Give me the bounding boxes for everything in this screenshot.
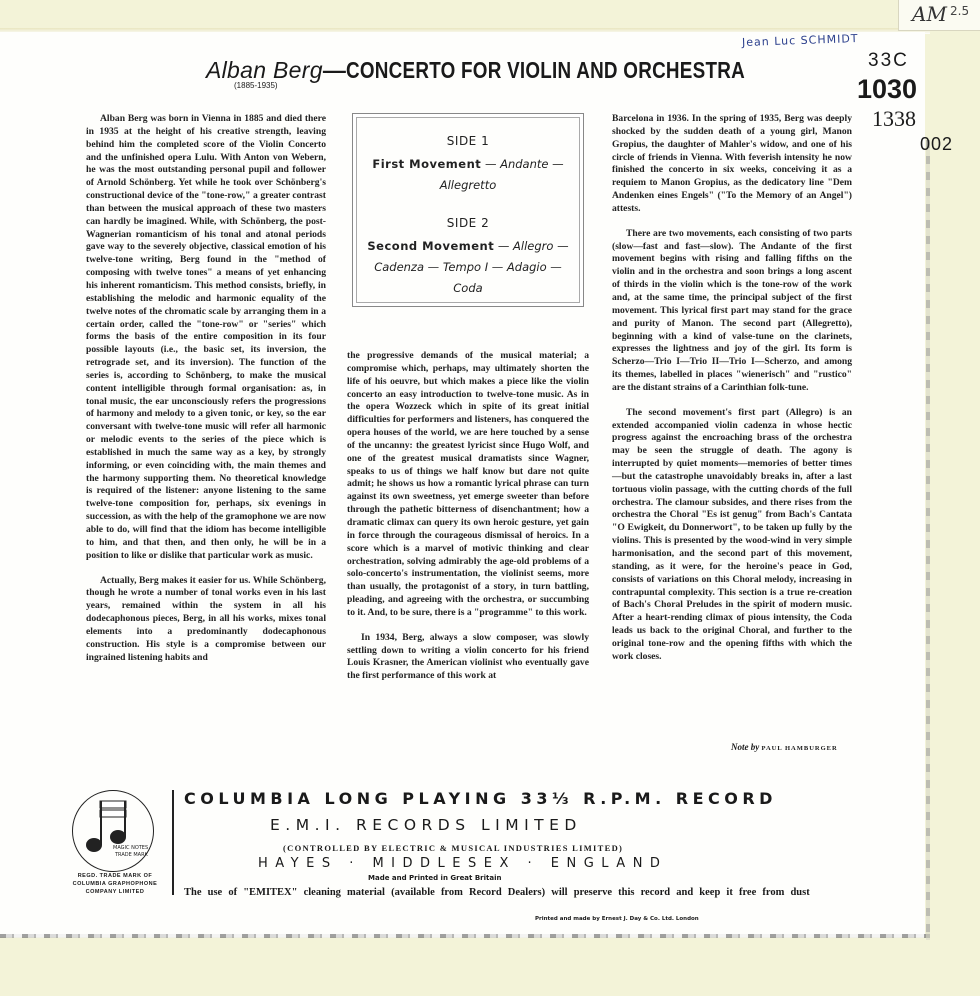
sleeve-bottom-edge: [0, 934, 930, 938]
printer-credit: Printed and made by Ernest J. Day & Co. …: [535, 916, 699, 922]
side-2-tempo-2: Cadenza — Tempo I — Adagio —: [374, 260, 562, 274]
svg-text:TRADE MARK: TRADE MARK: [114, 852, 149, 858]
side-2-contents: Second Movement — Allegro — Cadenza — Te…: [353, 236, 583, 299]
label-parent-company: (CONTROLLED BY ELECTRIC & MUSICAL INDUST…: [283, 843, 623, 853]
album-title: Alban Berg—CONCERTO FOR VIOLIN AND ORCHE…: [206, 57, 833, 84]
side-1-label: SIDE 1: [353, 134, 583, 148]
notes-paragraph: Alban Berg was born in Vienna in 1885 an…: [86, 113, 326, 563]
side-2-movement: Second Movement: [367, 239, 494, 253]
notes-paragraph: The second movement's first part (Allegr…: [612, 407, 852, 664]
corner-price: 2.5: [950, 4, 969, 18]
side-1-movement: First Movement: [372, 157, 481, 171]
composer-name: Alban Berg: [206, 57, 323, 83]
side-2-tempo-3: Coda: [453, 281, 482, 295]
side-2-tempo: Allegro: [513, 239, 553, 253]
side-1-tempo-2: Allegretto: [440, 178, 497, 192]
label-address: HAYES · MIDDLESEX · ENGLAND: [258, 856, 667, 871]
emitex-notice: The use of "EMITEX" cleaning material (a…: [184, 887, 810, 898]
inventory-number: 002: [920, 134, 953, 155]
columbia-magic-notes-logo: MAGIC NOTES TRADE MARK: [72, 790, 154, 872]
composer-dates: (1885-1935): [234, 81, 278, 90]
made-in-line: Made and Printed in Great Britain: [368, 874, 501, 882]
title-dash: —: [323, 57, 346, 83]
work-title: CONCERTO FOR VIOLIN AND ORCHESTRA: [346, 57, 745, 84]
catalogue-prefix: 33C: [868, 50, 909, 72]
sleeve-right-edge: [926, 140, 930, 940]
corner-handwriting: AM: [912, 2, 947, 26]
catalogue-number: 1030: [857, 74, 917, 105]
svg-text:MAGIC NOTES: MAGIC NOTES: [113, 845, 148, 851]
side-2-label: SIDE 2: [353, 216, 583, 230]
label-company: E.M.I. RECORDS LIMITED: [270, 816, 582, 834]
notes-paragraph: Barcelona in 1936. In the spring of 1935…: [612, 113, 852, 216]
notes-column-3: Barcelona in 1936. In the spring of 1935…: [612, 113, 852, 676]
logo-caption: REGD. TRADE MARK OF COLUMBIA GRAPHOPHONE…: [70, 872, 160, 896]
notes-paragraph: In 1934, Berg, always a slow composer, w…: [347, 632, 589, 683]
matrix-number: 1338: [872, 106, 916, 132]
side-1-contents: First Movement — Andante — Allegretto: [353, 154, 583, 196]
notes-paragraph: the progressive demands of the musical m…: [347, 350, 589, 620]
record-format-line: COLUMBIA LONG PLAYING 33⅓ R.P.M. RECORD: [184, 789, 777, 808]
notes-paragraph: There are two movements, each consisting…: [612, 228, 852, 395]
track-listing-box: SIDE 1 First Movement — Andante — Allegr…: [352, 113, 584, 307]
notes-paragraph: Actually, Berg makes it easier for us. W…: [86, 575, 326, 665]
notes-author: PAUL HAMBURGER: [762, 745, 838, 752]
notes-credit: Note by PAUL HAMBURGER: [731, 742, 838, 752]
magic-notes-icon: MAGIC NOTES TRADE MARK: [73, 791, 153, 871]
side-1-tempo: Andante: [500, 157, 548, 171]
footer-divider: [172, 790, 174, 895]
notes-column-2: the progressive demands of the musical m…: [347, 350, 589, 695]
notes-column-1: Alban Berg was born in Vienna in 1885 an…: [86, 113, 326, 676]
